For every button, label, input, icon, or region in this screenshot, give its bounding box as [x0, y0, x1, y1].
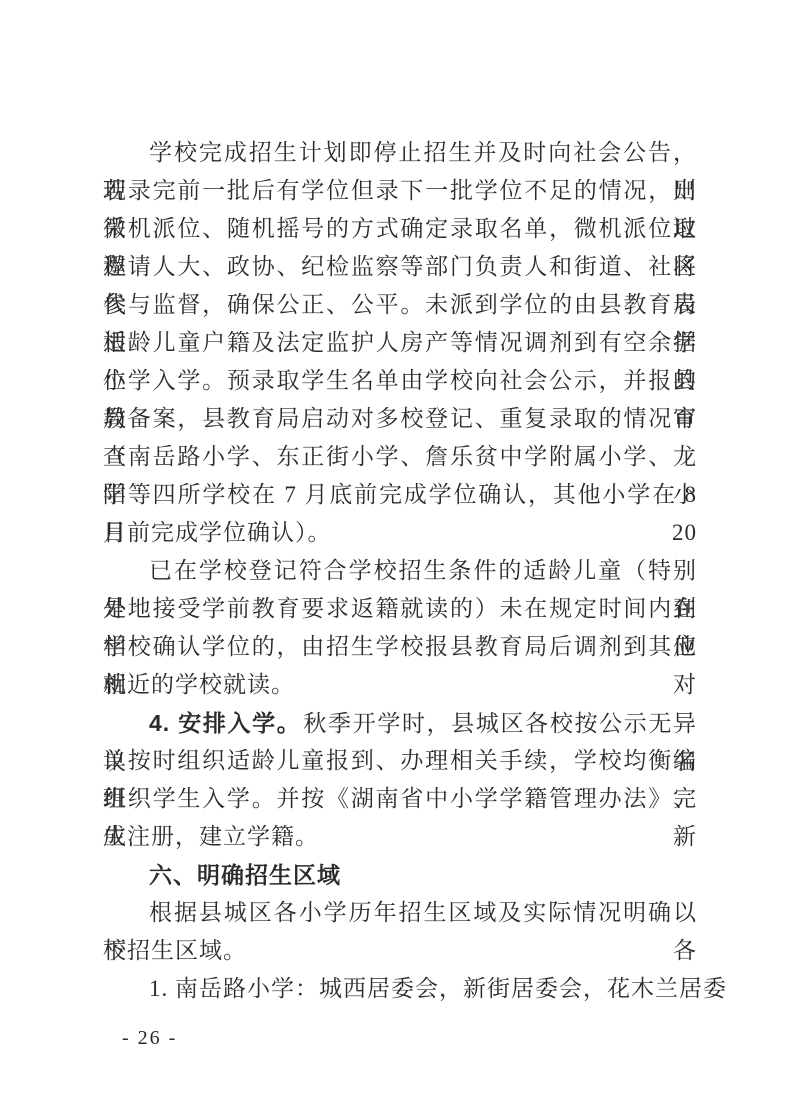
text-line: 已在学校登记符合学校招生条件的适龄儿童（特别是在 [103, 552, 697, 590]
text-line: 小学入学。预录取学生名单由学校向社会公示，并报县教育 [103, 362, 697, 400]
document-body: 学校完成招生计划即停止招生并及时向社会公告，若出 现录完前一批后有学位但录下一批… [103, 134, 697, 1008]
text-line: 学校确认学位的，由招生学校报县教育局后调剂到其他相对 [103, 628, 697, 666]
text-line: 根据县城区各小学历年招生区域及实际情况明确以下各 [103, 894, 697, 932]
document-page: 学校完成招生计划即停止招生并及时向社会公告，若出 现录完前一批后有学位但录下一批… [0, 0, 800, 1096]
text-line: 局备案，县教育局启动对多校登记、重复录取的情况审查 [103, 400, 697, 438]
text-line: 1. 南岳路小学：城西居委会，新街居委会，花木兰居委 [103, 970, 697, 1008]
text-line: 参与监督，确保公正、公平。未派到学位的由县教育局根据 [103, 286, 697, 324]
text-line: 学校完成招生计划即停止招生并及时向社会公告，若出 [103, 134, 697, 172]
section-heading: 六、明确招生区域 [103, 856, 697, 894]
text-line: （南岳路小学、东正街小学、詹乐贫中学附属小学、龙阳小 [103, 438, 697, 476]
text-line: 微机派位、随机摇号的方式确定录取名单，微机派位过程将 [103, 210, 697, 248]
text-line: 4. 安排入学。秋季开学时，县城区各校按公示无异议名 [103, 704, 697, 742]
text-line: 外地接受学前教育要求返籍就读的）未在规定时间内到相应 [103, 590, 697, 628]
text-line: 组织学生入学。并按《湖南省中小学学籍管理办法》完成新 [103, 780, 697, 818]
bold-run: 4. 安排入学。 [149, 710, 303, 736]
text-line: 单按时组织适龄儿童报到、办理相关手续，学校均衡编班、 [103, 742, 697, 780]
page-number: - 26 - [122, 1026, 177, 1050]
text-line: 邀请人大、政协、纪检监察等部门负责人和街道、社区代表 [103, 248, 697, 286]
text-line: 适龄儿童户籍及法定监护人房产等情况调剂到有空余学位的 [103, 324, 697, 362]
text-line: 现录完前一批后有学位但录下一批学位不足的情况，则采取 [103, 172, 697, 210]
text-line: 学等四所学校在 7 月底前完成学位确认，其他小学在 8 月 20 [103, 476, 697, 514]
